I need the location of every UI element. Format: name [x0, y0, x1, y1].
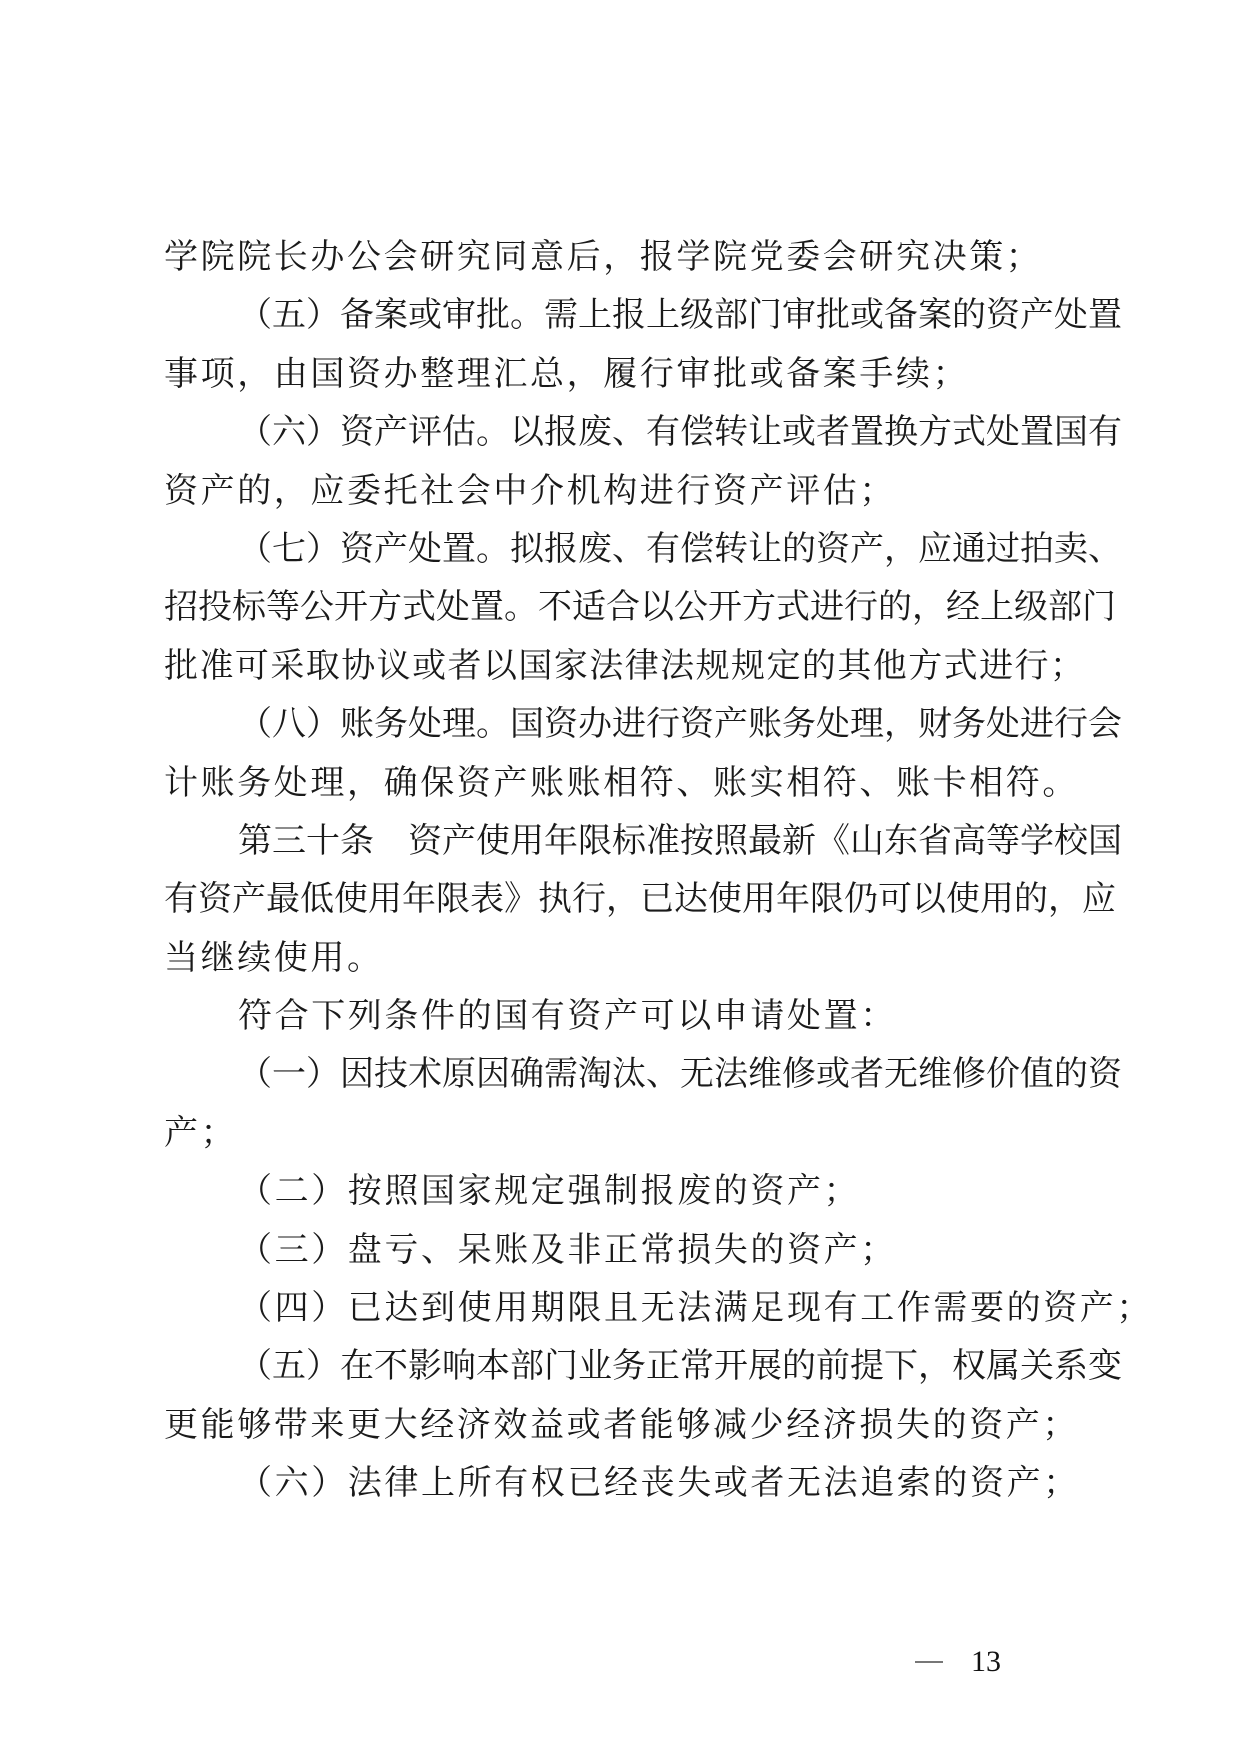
text-line: 招投标等公开方式处置。不适合以公开方式进行的，经上级部门 — [164, 578, 1084, 636]
document-page: 学院院长办公会研究同意后，报学院党委会研究决策； （五）备案或审批。需上报上级部… — [0, 0, 1241, 1755]
text-line: 事项，由国资办整理汇总，履行审批或备案手续； — [164, 345, 1084, 403]
text-line: 当继续使用。 — [164, 929, 1084, 987]
text-line: （一）因技术原因确需淘汰、无法维修或者无维修价值的资 — [164, 1045, 1084, 1103]
text-line: 第三十条 资产使用年限标准按照最新《山东省高等学校国 — [164, 812, 1084, 870]
text-line: （六）法律上所有权已经丧失或者无法追索的资产； — [164, 1454, 1084, 1512]
text-line: （五）在不影响本部门业务正常开展的前提下，权属关系变 — [164, 1337, 1084, 1395]
text-line: （八）账务处理。国资办进行资产账务处理，财务处进行会 — [164, 695, 1084, 753]
body-text: 学院院长办公会研究同意后，报学院党委会研究决策； （五）备案或审批。需上报上级部… — [164, 228, 1084, 1513]
page-number-dash — [915, 1661, 943, 1663]
page-footer: 13 — [915, 1640, 1001, 1684]
text-line: 符合下列条件的国有资产可以申请处置： — [164, 987, 1084, 1045]
text-line: 资产的，应委托社会中介机构进行资产评估； — [164, 462, 1084, 520]
text-line: 批准可采取协议或者以国家法律法规规定的其他方式进行； — [164, 637, 1084, 695]
text-line: （五）备案或审批。需上报上级部门审批或备案的资产处置 — [164, 286, 1084, 344]
text-line: （六）资产评估。以报废、有偿转让或者置换方式处置国有 — [164, 403, 1084, 461]
text-line: （三）盘亏、呆账及非正常损失的资产； — [164, 1221, 1084, 1279]
text-line: （七）资产处置。拟报废、有偿转让的资产，应通过拍卖、 — [164, 520, 1084, 578]
text-line: 计账务处理，确保资产账账相符、账实相符、账卡相符。 — [164, 754, 1084, 812]
text-line: 产； — [164, 1104, 1084, 1162]
text-line: 更能够带来更大经济效益或者能够减少经济损失的资产； — [164, 1396, 1084, 1454]
page-number: 13 — [971, 1645, 1001, 1679]
text-line: （二）按照国家规定强制报废的资产； — [164, 1162, 1084, 1220]
text-line: 学院院长办公会研究同意后，报学院党委会研究决策； — [164, 228, 1084, 286]
text-line: 有资产最低使用年限表》执行，已达使用年限仍可以使用的，应 — [164, 870, 1084, 928]
text-line: （四）已达到使用期限且无法满足现有工作需要的资产； — [164, 1279, 1084, 1337]
